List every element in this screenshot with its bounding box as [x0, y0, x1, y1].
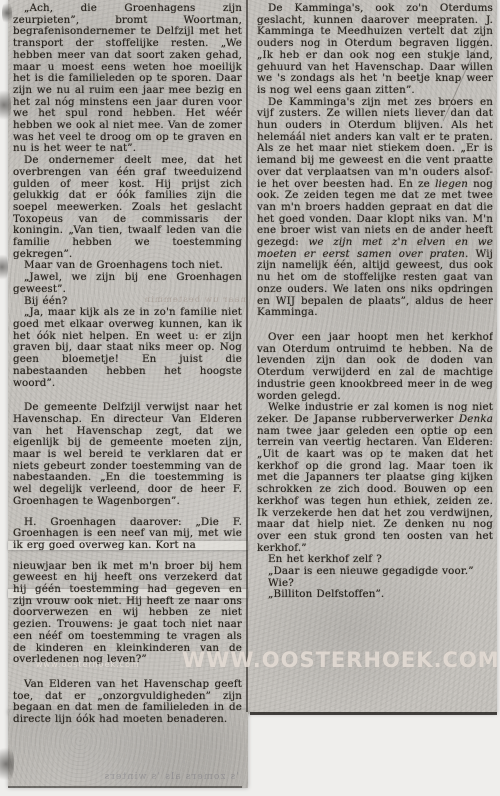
article-paragraph: „Jawel, we zijn bij ene Groenhagen gewee… — [13, 272, 242, 295]
body-text: „Daar is een nieuwe gegadigde voor.” — [268, 565, 474, 577]
body-text: H. Groenhagen daarover: „Die F. Groenhag… — [13, 516, 242, 551]
article-paragraph: Welke industrie er zal komen is nog niet… — [257, 402, 493, 554]
scan-smudge — [0, 250, 8, 284]
body-text: De Kamminga's zijn met zes broers en vij… — [257, 96, 493, 190]
ink-showthrough-text: naar uw bestemmin — [96, 295, 246, 305]
ink-showthrough-text: 's zomers als 's winters — [14, 771, 239, 782]
article-paragraph: H. Groenhagen daarover: „Die F. Groenhag… — [13, 517, 242, 552]
article-paragraph: Over een jaar hoopt men het kerkhof van … — [257, 332, 493, 402]
clipping-bottom-border-left — [8, 786, 242, 788]
body-text: „Jawel, we zijn bij ene Groenhagen gewee… — [13, 271, 242, 295]
body-text: Welke industrie er zal komen is nog niet… — [257, 401, 493, 425]
newspaper-clipping-scan: „Ach, die Groenhagens zijn zeurpieten”, … — [0, 0, 500, 796]
body-text: Bij één? — [24, 295, 67, 307]
body-text: Over een jaar hoopt men het kerkhof van … — [257, 331, 493, 402]
emphasized-text: liegen — [435, 178, 468, 190]
watermark-text-large: WWW.OOSTERHOEK.COM — [182, 648, 500, 672]
body-text: De gemeente Delfzijl verwijst naar het H… — [13, 401, 242, 507]
body-text: „Billiton Delfstoffen”. — [268, 588, 384, 600]
body-text: Wij zijn namelijk één, altijd geweest, d… — [257, 248, 493, 319]
emphasized-text: Denka — [459, 413, 493, 425]
article-paragraph: De Kamminga's, ook zo'n Oterdums geslach… — [257, 3, 493, 97]
article-paragraph: „Ach, die Groenhagens zijn zeurpieten”, … — [13, 3, 242, 155]
article-paragraph: De ondernemer deelt mee, dat het overbre… — [13, 155, 242, 260]
scan-smudge — [2, 0, 12, 26]
watermark-text-small: www.oosterhoek.com — [36, 660, 140, 669]
body-text: „Ja, maar kijk als ze in zo'n familie ni… — [13, 306, 242, 388]
clipping-bottom-border-right — [250, 712, 497, 715]
article-paragraph: Van Elderen van het Havenschap geeft toe… — [13, 679, 242, 726]
body-text: Maar van de Groenhagens toch niet. — [24, 259, 223, 271]
article-paragraph: „Billiton Delfstoffen”. — [257, 589, 493, 601]
body-text: „Ach, die Groenhagens zijn zeurpieten”, … — [13, 3, 242, 154]
article-right-column: De Kamminga's, ook zo'n Oterdums geslach… — [257, 3, 493, 710]
column-divider-rule — [246, 0, 248, 712]
body-text: De Kamminga's, ook zo'n Oterdums geslach… — [257, 3, 493, 96]
article-paragraph: „Ja, maar kijk als ze in zo'n familie ni… — [13, 307, 242, 389]
body-text: nam twee jaar geleden een optie op een t… — [257, 425, 493, 554]
body-text: Wie? — [268, 577, 294, 589]
body-text: Van Elderen van het Havenschap geeft toe… — [13, 678, 242, 725]
body-text: De ondernemer deelt mee, dat het overbre… — [13, 154, 242, 260]
article-paragraph: De Kamminga's zijn met zes broers en vij… — [257, 97, 493, 319]
article-paragraph: De gemeente Delfzijl verwijst naar het H… — [13, 402, 242, 507]
body-text: En het kerkhof zelf ? — [268, 553, 382, 565]
